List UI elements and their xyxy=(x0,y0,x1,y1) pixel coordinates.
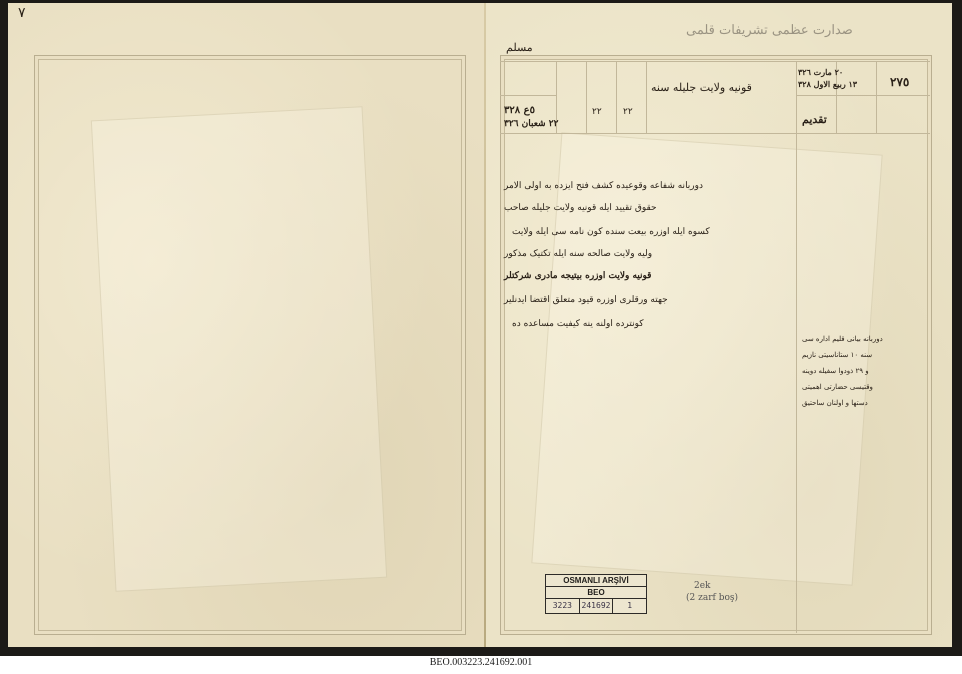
body-line: دوربانه شفاعه وقوعیده کشف فتح ایزده به ا… xyxy=(504,181,703,191)
pencil-annotation-1: 2ek xyxy=(694,581,711,591)
left-page: ٧ xyxy=(8,3,486,647)
body-line: جهته ورقلری اوزره قیود متعلق اقتضا ایدنل… xyxy=(504,295,668,305)
table-line xyxy=(586,61,587,133)
body-line: ولیه ولایت صالحه سنه ایله تکتیک مذکور xyxy=(504,249,652,259)
stamp-sheet: 1 xyxy=(613,599,646,613)
table-line xyxy=(796,61,797,633)
archive-stamp: OSMANLI ARŞİVİ BEO 3223 241692 1 xyxy=(545,574,647,614)
table-line xyxy=(646,61,647,133)
table-line xyxy=(876,61,877,133)
register-number: ٢٧٥ xyxy=(890,75,909,89)
stamp-fond: BEO xyxy=(546,587,646,599)
right-page: صدارت عظمی تشریفات قلمی مسلم ٢٧٥ قونیه و… xyxy=(486,3,952,647)
table-line xyxy=(500,133,930,134)
margin-note-line: دوربانه بیانی قلیم اداره سی xyxy=(802,335,883,343)
stamp-reference-row: 3223 241692 1 xyxy=(546,599,646,613)
stamp-gomlek: 241692 xyxy=(580,599,614,613)
pencil-annotation-2: (2 zarf boş) xyxy=(686,593,738,603)
margin-note-line: و ٢٩ ذودوا سفیله دوینه xyxy=(802,367,869,375)
subject-cell: قونیه ولایت جلیله سنه xyxy=(651,81,752,94)
table-line xyxy=(796,95,930,96)
body-line: قونیه ولایت اوزره بیتیجه مادری شرکتلر xyxy=(504,271,651,281)
body-line: کونترده اولنه ینه کیفیت مساعده ده xyxy=(512,319,644,329)
stamp-title: OSMANLI ARŞİVİ xyxy=(546,575,646,587)
date-note-2: ٢٢ شعبان ٣٢٦ xyxy=(504,119,558,129)
document-caption: BEO.003223.241692.001 xyxy=(0,657,962,668)
table-line xyxy=(616,61,617,133)
right-block-line-2: ١٣ ربیع الاول ٣٢٨ xyxy=(798,79,857,89)
date-cell-bottom: ٢٢ xyxy=(623,107,633,117)
stamp-dossier: 3223 xyxy=(546,599,580,613)
date-note-1: ٥ع ٣٢٨ xyxy=(504,105,535,116)
right-page-frame xyxy=(500,55,932,635)
right-block-line-1: ٢٠ مارت ٣٢٦ xyxy=(798,67,843,77)
top-left-mark: مسلم xyxy=(506,41,533,54)
body-line: کسوه ایله اوزره بیعت سنده کون نامه سی ای… xyxy=(512,227,710,237)
date-cell-top: ٢٢ xyxy=(592,107,602,117)
table-line xyxy=(500,61,930,62)
margin-note-line: وقتیسی حضارتی اهمیتی xyxy=(802,383,873,391)
header-pencil-note: صدارت عظمی تشریفات قلمی xyxy=(686,23,853,38)
margin-note-line: دستها و اولنان ساحتیق xyxy=(802,399,868,407)
left-page-frame xyxy=(34,55,466,635)
corner-mark: ٧ xyxy=(18,5,26,21)
table-line xyxy=(500,95,556,96)
margin-note-line: سنه ١٠ ستاناسیتی نازیم xyxy=(802,351,872,359)
right-block-line-3: تقدیم xyxy=(802,113,827,126)
body-line: حقوق تقیید ایله قونیه ولایت جلیله صاحب xyxy=(504,203,657,213)
